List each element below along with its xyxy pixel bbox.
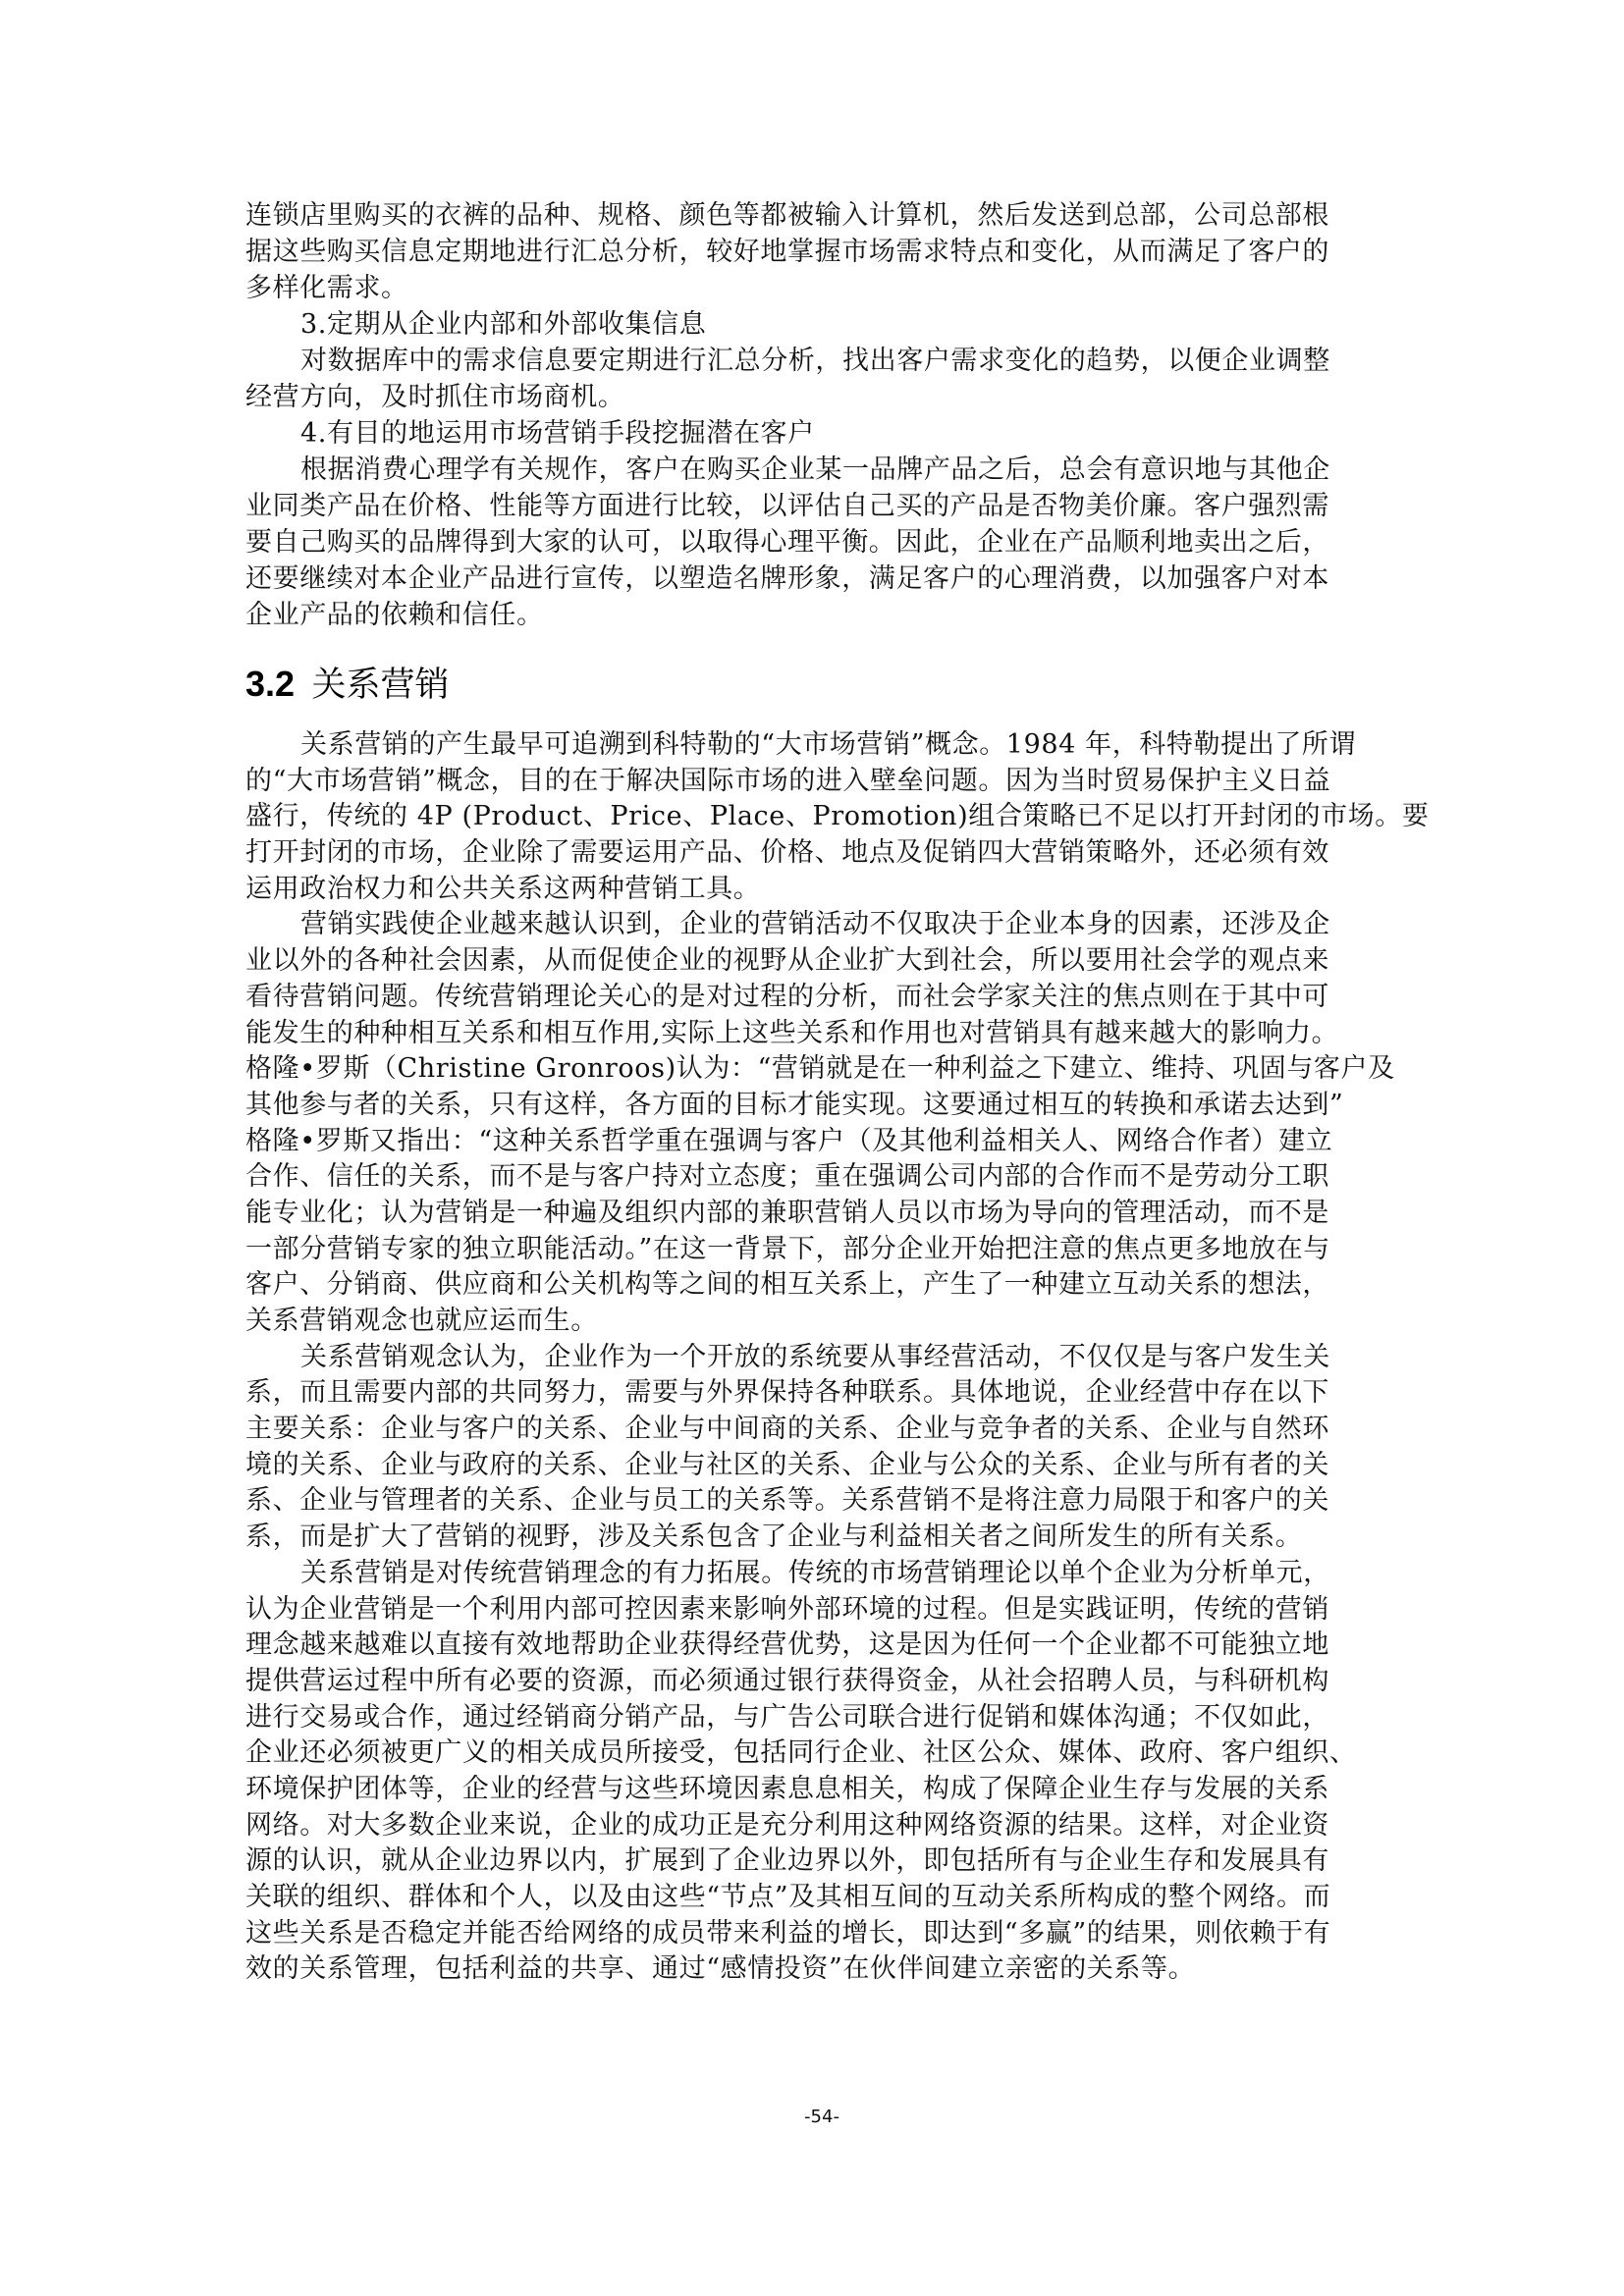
- text-line: 多样化需求。: [245, 270, 1380, 306]
- text-line: 3.定期从企业内部和外部收集信息: [245, 306, 1380, 343]
- text-line: 效的关系管理，包括利益的共享、通过“感情投资”在伙伴间建立亲密的关系等。: [245, 1951, 1380, 1988]
- text-line: 理念越来越难以直接有效地帮助企业获得经营优势，这是因为任何一个企业都不可能独立地: [245, 1628, 1380, 1664]
- text-line: 关系营销是对传统营销理念的有力拓展。传统的市场营销理论以单个企业为分析单元，: [245, 1556, 1380, 1592]
- text-line: 盛行，传统的 4P (Product、Price、Place、Promotion…: [245, 799, 1380, 835]
- text-line: 格隆•罗斯（Christine Gronroos)认为：“营销就是在一种利益之下…: [245, 1051, 1380, 1088]
- section-number: 3.2: [245, 664, 295, 704]
- text-line: 据这些购买信息定期地进行汇总分析，较好地掌握市场需求特点和变化，从而满足了客户的: [245, 234, 1380, 270]
- text-line: 这些关系是否稳定并能否给网络的成员带来利益的增长，即达到“多赢”的结果，则依赖于…: [245, 1916, 1380, 1952]
- text-line: 进行交易或合作，通过经销商分销产品，与广告公司联合进行促销和媒体沟通；不仅如此，: [245, 1700, 1380, 1736]
- text-line: 的“大市场营销”概念，目的在于解决国际市场的进入壁垒问题。因为当时贸易保护主义日…: [245, 764, 1380, 800]
- text-line: 连锁店里购买的衣裤的品种、规格、颜色等都被输入计算机，然后发送到总部，公司总部根: [245, 197, 1380, 234]
- text-line: 能专业化；认为营销是一种遍及组织内部的兼职营销人员以市场为导向的管理活动，而不是: [245, 1196, 1380, 1232]
- text-line: 网络。对大多数企业来说，企业的成功正是充分利用这种网络资源的结果。这样，对企业资: [245, 1808, 1380, 1844]
- document-page: 连锁店里购买的衣裤的品种、规格、颜色等都被输入计算机，然后发送到总部，公司总部根…: [0, 0, 1624, 2296]
- text-line: 系、企业与管理者的关系、企业与员工的关系等。关系营销不是将注意力局限于和客户的关: [245, 1483, 1380, 1520]
- text-line: 关联的组织、群体和个人，以及由这些“节点”及其相互间的互动关系所构成的整个网络。…: [245, 1880, 1380, 1916]
- text-line: 提供营运过程中所有必要的资源，而必须通过银行获得资金，从社会招聘人员，与科研机构: [245, 1664, 1380, 1700]
- text-line: 源的认识，就从企业边界以内，扩展到了企业边界以外，即包括所有与企业生存和发展具有: [245, 1843, 1380, 1880]
- text-line: 业以外的各种社会因素，从而促使企业的视野从企业扩大到社会，所以要用社会学的观点来: [245, 943, 1380, 980]
- text-line: 企业产品的依赖和信任。: [245, 597, 1380, 633]
- text-line: 关系营销的产生最早可追溯到科特勒的“大市场营销”概念。1984 年，科特勒提出了…: [245, 727, 1380, 764]
- text-line: 一部分营销专家的独立职能活动。”在这一背景下，部分企业开始把注意的焦点更多地放在…: [245, 1232, 1380, 1268]
- text-line: 对数据库中的需求信息要定期进行汇总分析，找出客户需求变化的趋势，以便企业调整: [245, 343, 1380, 379]
- text-line: 主要关系：企业与客户的关系、企业与中间商的关系、企业与竞争者的关系、企业与自然环: [245, 1412, 1380, 1448]
- text-line: 还要继续对本企业产品进行宣传，以塑造名牌形象，满足客户的心理消费，以加强客户对本: [245, 561, 1380, 597]
- text-line: 环境保护团体等，企业的经营与这些环境因素息息相关，构成了保障企业生存与发展的关系: [245, 1772, 1380, 1808]
- text-line: 格隆•罗斯又指出：“这种关系哲学重在强调与客户（及其他利益相关人、网络合作者）建…: [245, 1124, 1380, 1160]
- text-line: 境的关系、企业与政府的关系、企业与社区的关系、企业与公众的关系、企业与所有者的关: [245, 1448, 1380, 1484]
- text-line: 其他参与者的关系，只有这样，各方面的目标才能实现。这要通过相互的转换和承诺去达到…: [245, 1088, 1380, 1124]
- text-line: 看待营销问题。传统营销理论关心的是对过程的分析，而社会学家关注的焦点则在于其中可: [245, 980, 1380, 1016]
- text-line: 根据消费心理学有关规作，客户在购买企业某一品牌产品之后，总会有意识地与其他企: [245, 452, 1380, 488]
- text-line: 业同类产品在价格、性能等方面进行比较，以评估自己买的产品是否物美价廉。客户强烈需: [245, 488, 1380, 524]
- page-number: -54-: [0, 2107, 1624, 2127]
- text-line: 关系营销观念认为，企业作为一个开放的系统要从事经营活动，不仅仅是与客户发生关: [245, 1340, 1380, 1376]
- top-text-section: 连锁店里购买的衣裤的品种、规格、颜色等都被输入计算机，然后发送到总部，公司总部根…: [245, 197, 1380, 633]
- text-line: 运用政治权力和公共关系这两种营销工具。: [245, 872, 1380, 908]
- text-line: 经营方向，及时抓住市场商机。: [245, 379, 1380, 415]
- text-line: 关系营销观念也就应运而生。: [245, 1304, 1380, 1340]
- text-line: 要自己购买的品牌得到大家的认可，以取得心理平衡。因此，企业在产品顺利地卖出之后，: [245, 524, 1380, 561]
- text-line: 认为企业营销是一个利用内部可控因素来影响外部环境的过程。但是实践证明，传统的营销: [245, 1592, 1380, 1629]
- text-line: 合作、信任的关系，而不是与客户持对立态度；重在强调公司内部的合作而不是劳动分工职: [245, 1159, 1380, 1196]
- text-line: 客户、分销商、供应商和公关机构等之间的相互关系上，产生了一种建立互动关系的想法，: [245, 1267, 1380, 1304]
- text-line: 营销实践使企业越来越认识到，企业的营销活动不仅取决于企业本身的因素，还涉及企: [245, 907, 1380, 943]
- text-line: 打开封闭的市场，企业除了需要运用产品、价格、地点及促销四大营销策略外，还必须有效: [245, 835, 1380, 872]
- text-line: 能发生的种种相互关系和相互作用,实际上这些关系和作用也对营销具有越来越大的影响力…: [245, 1016, 1380, 1052]
- text-line: 4.有目的地运用市场营销手段挖掘潜在客户: [245, 415, 1380, 452]
- section-title: 关系营销: [312, 666, 450, 705]
- text-line: 系，而且需要内部的共同努力，需要与外界保持各种联系。具体地说，企业经营中存在以下: [245, 1375, 1380, 1412]
- section-heading: 3.2 关系营销: [245, 660, 450, 709]
- text-line: 系，而是扩大了营销的视野，涉及关系包含了企业与利益相关者之间所发生的所有关系。: [245, 1520, 1380, 1556]
- body-text-section: 关系营销的产生最早可追溯到科特勒的“大市场营销”概念。1984 年，科特勒提出了…: [245, 727, 1380, 1988]
- text-line: 企业还必须被更广义的相关成员所接受，包括同行企业、社区公众、媒体、政府、客户组织…: [245, 1735, 1380, 1772]
